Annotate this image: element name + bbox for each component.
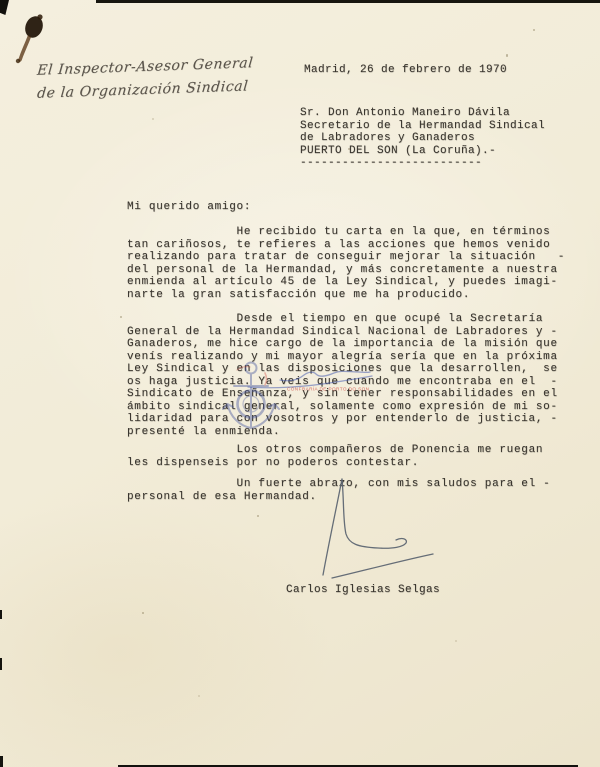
salutation: Mi querido amigo: [127, 201, 251, 214]
paper-speck [506, 54, 508, 57]
paper-speck [198, 695, 200, 697]
date-line: Madrid, 26 de febrero de 1970 [304, 64, 507, 77]
paper-speck [152, 118, 154, 120]
scanned-letter-page: El Inspector-Asesor General de la Organi… [0, 0, 600, 767]
scan-corner-top-left [0, 0, 9, 15]
recipient-block: Sr. Don Antonio Maneiro Dávila Secretari… [300, 107, 545, 170]
paper-speck [533, 29, 535, 31]
paper-speck [142, 612, 144, 614]
letterhead: El Inspector-Asesor General de la Organi… [34, 52, 254, 106]
paragraph-3: Los otros compañeros de Ponencia me rueg… [127, 444, 543, 469]
paragraph-1: He recibido tu carta en la que, en térmi… [127, 226, 565, 301]
scan-edge-top [96, 0, 600, 3]
paper-speck [257, 515, 259, 517]
scan-edge-chip [0, 610, 2, 619]
stamp-red-text: CONFRARÍA DE PORTO DO SON [287, 387, 369, 392]
signatory-name: Carlos Iglesias Selgas [286, 584, 440, 597]
scan-edge-chip [0, 756, 3, 767]
paper-speck [120, 316, 122, 318]
signature-flourish [296, 468, 466, 590]
paper-speck [455, 640, 457, 642]
scan-edge-chip [0, 658, 2, 670]
